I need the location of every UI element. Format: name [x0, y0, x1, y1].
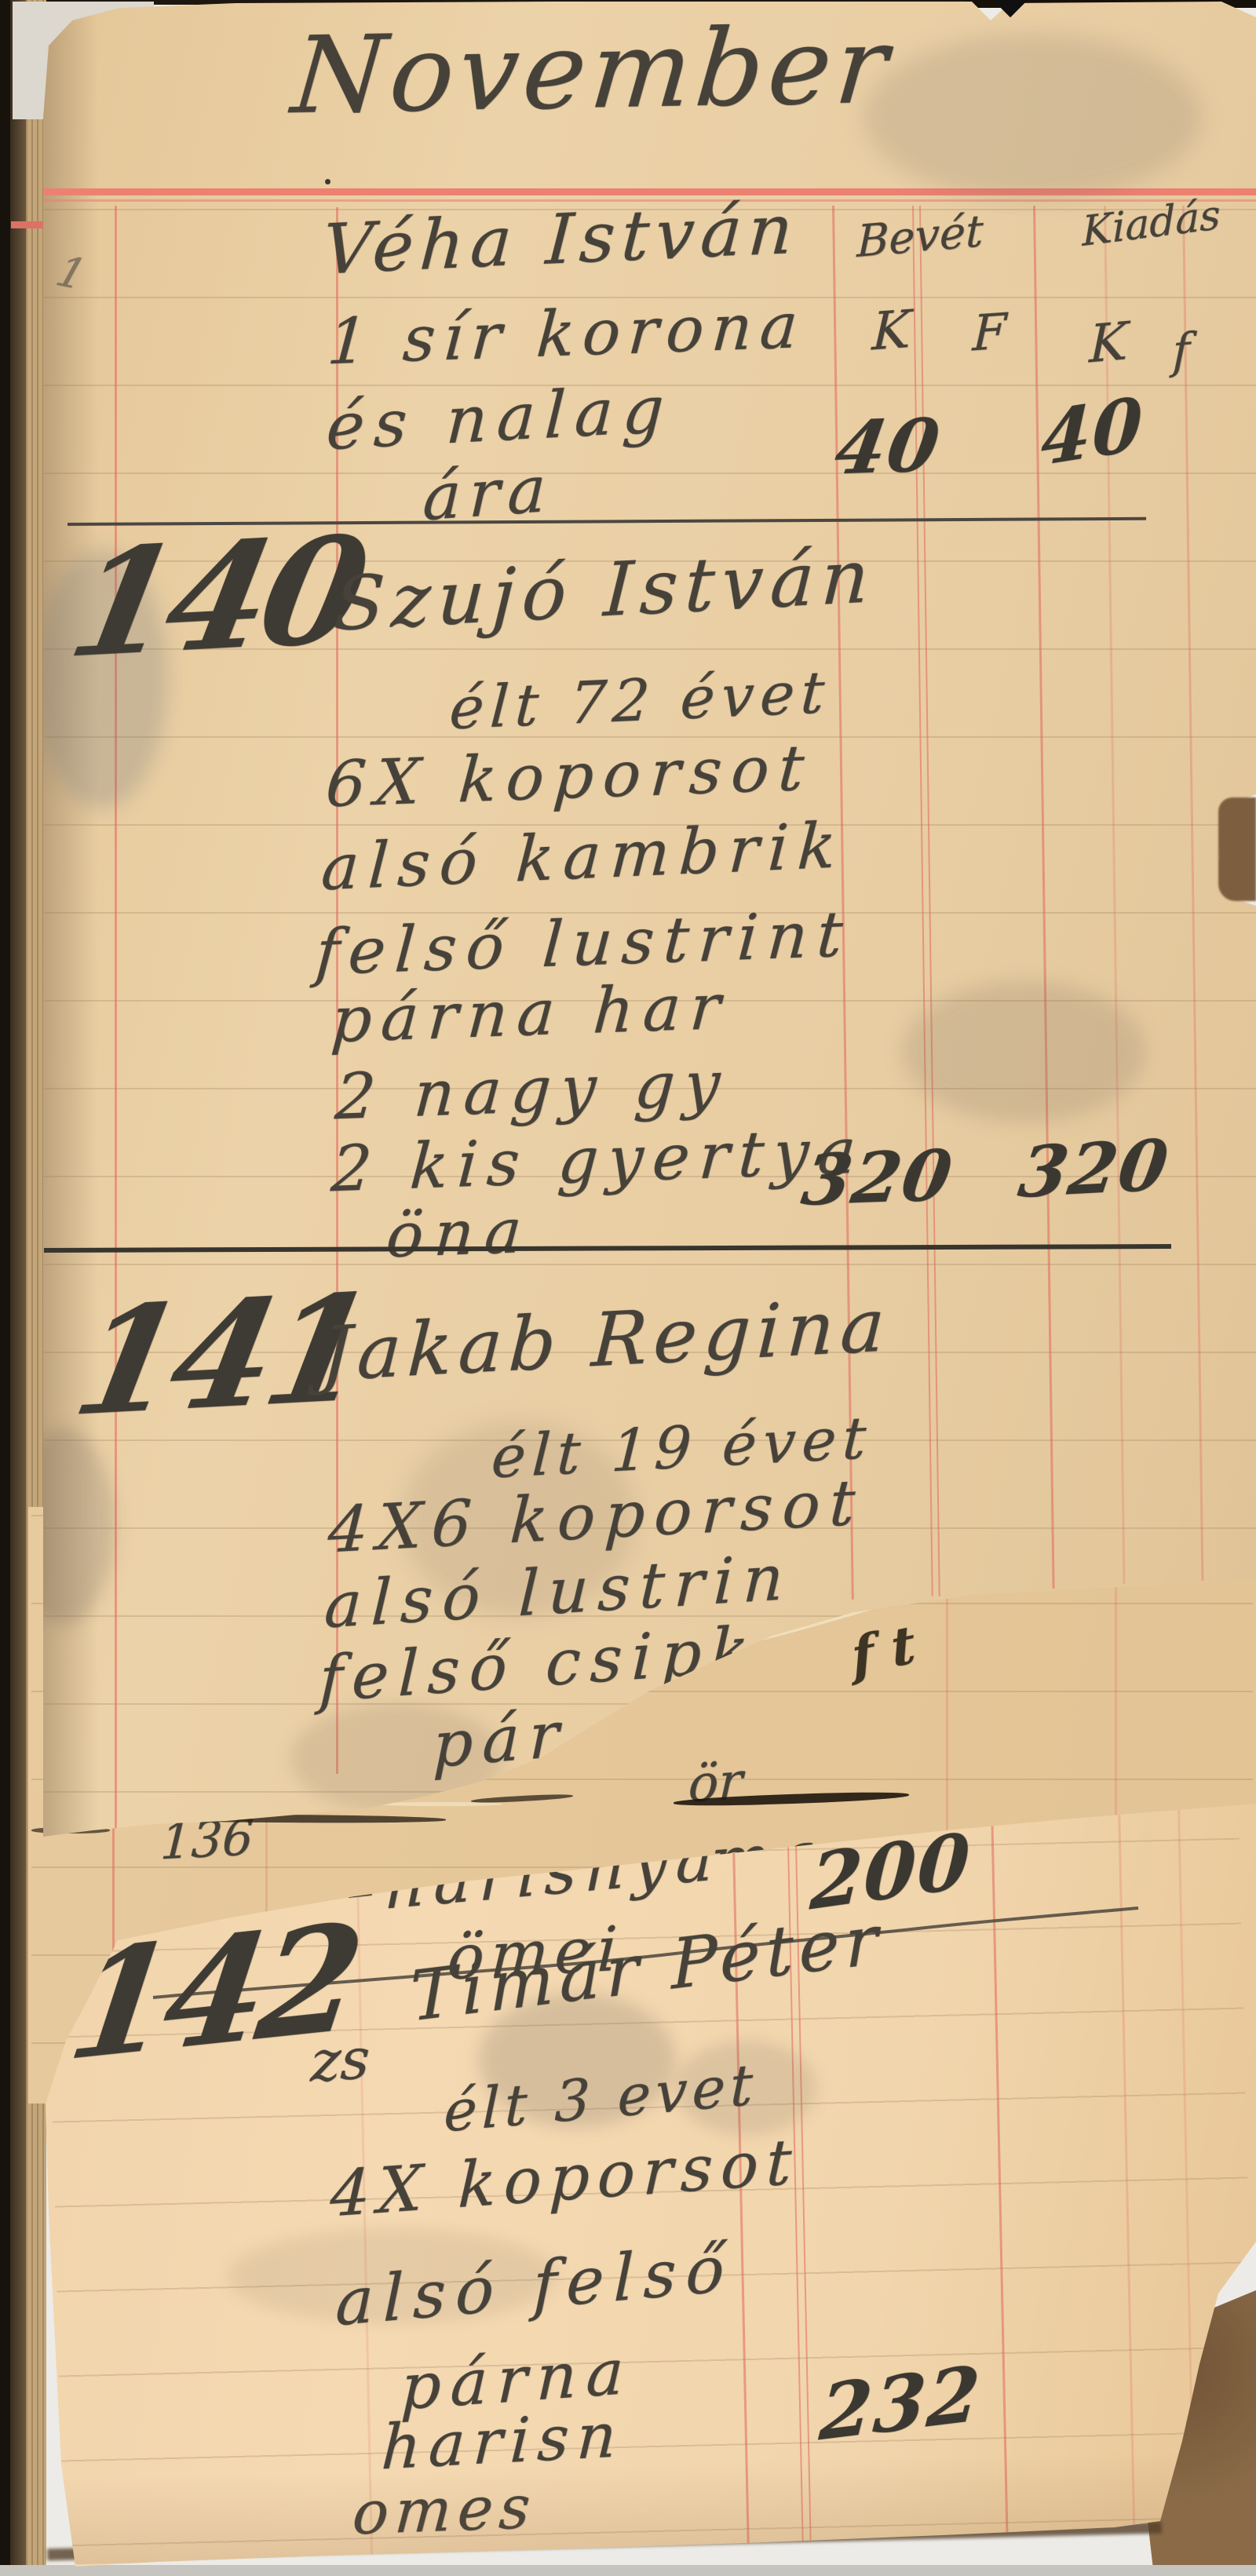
- column-header-bevet: Bevét: [856, 210, 984, 264]
- binding-strip-black: [0, 0, 10, 2576]
- right-edge-torn-notch: [1218, 797, 1256, 901]
- entry-140-bevet-amount: 320: [798, 1142, 958, 1213]
- entry-140-item: párna har: [330, 976, 732, 1050]
- entry-top-line: és nalag: [325, 379, 674, 458]
- ink-marks: f t: [849, 1619, 918, 1682]
- entry-140-total-label: öna: [385, 1202, 535, 1266]
- ink-dot: [325, 179, 330, 184]
- column-header-kiadas-f: f: [1172, 328, 1190, 374]
- entry-140-item: 2 nagy gy: [334, 1053, 732, 1127]
- entry-140-item: 2 kis gyertya: [330, 1121, 867, 1199]
- column-header-bevet-k: K: [871, 305, 911, 357]
- scanner-bed-line: [0, 2565, 1256, 2576]
- entry-140-kiadas-amount: 320: [1015, 1132, 1173, 1206]
- entry-top-bevet-amount: 40: [831, 410, 945, 483]
- entry-140-item: 6X koporsot: [324, 738, 816, 815]
- binding-strip-brown: [10, 0, 26, 2576]
- under-page-red-mark: [11, 221, 46, 228]
- column-header-bevet-f: F: [972, 308, 1007, 357]
- month-header: November: [243, 15, 942, 128]
- entry-top-name: Véha István: [321, 196, 801, 283]
- entry-140-age: élt 72 évet: [448, 665, 832, 737]
- entry-140-item: felső lustrint: [314, 904, 854, 983]
- entry-142-kiadas-amount: 232: [818, 2357, 984, 2450]
- column-header-kiadas-k: K: [1089, 317, 1128, 370]
- scan-page: 136 ör ma f t 1 harisnya 200 ömei: [0, 0, 1256, 2576]
- entry-140-number: 140: [60, 520, 371, 675]
- entry-top-line: ára: [422, 458, 554, 529]
- entry-142-prefix: zs: [309, 2031, 371, 2089]
- entry-top-kiadas-amount: 40: [1040, 389, 1145, 475]
- entry-top-line: 1 sír korona: [326, 296, 808, 372]
- torn-paper-highlight: [377, 1802, 502, 1806]
